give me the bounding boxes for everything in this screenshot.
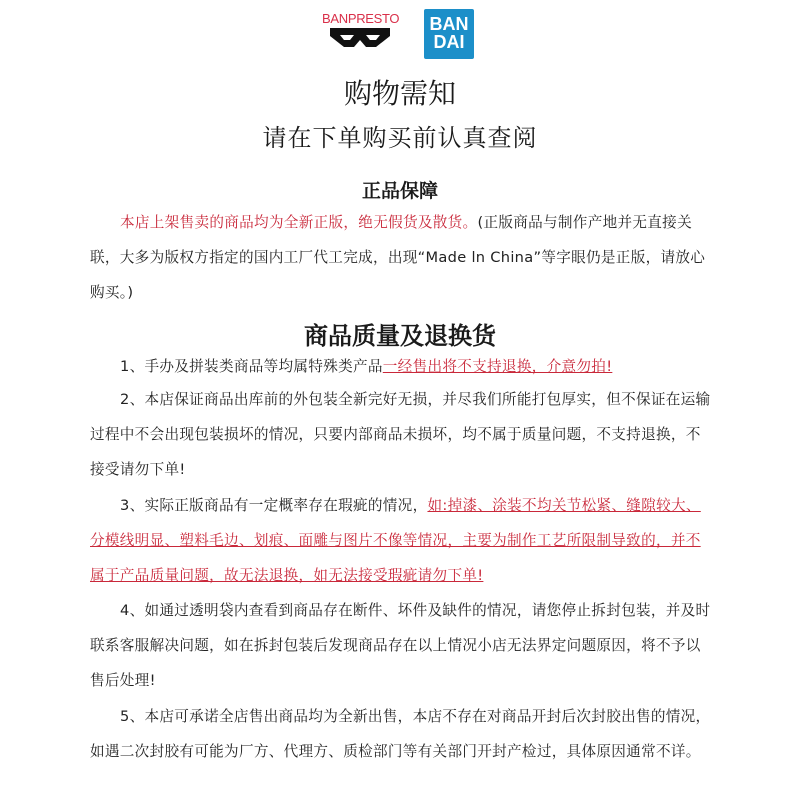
quality-item-1: 1、手办及拼装类商品等均属特殊类产品一经售出将不支持退换，介意勿拍!: [90, 349, 715, 384]
quality-item-3: 3、实际正版商品有一定概率存在瑕疵的情况，如:掉漆、涂装不均关节松紧、缝隙较大、…: [90, 488, 715, 593]
quality-heading: 商品质量及退换货: [0, 316, 800, 351]
bandai-logo-line1: BAN: [424, 15, 474, 33]
quality-item-2: 2、本店保证商品出库前的外包装全新完好无损，并尽我们所能打包厚实，但不保证在运输…: [90, 382, 715, 487]
page-subtitle: 请在下单购买前认真查阅: [0, 118, 800, 153]
bandai-logo-line2: DAI: [424, 33, 474, 51]
authentic-heading: 正品保障: [0, 176, 800, 203]
authentic-paragraph: 本店上架售卖的商品均为全新正版，绝无假货及散货。(正版商品与制作产地并无直接关联…: [90, 205, 715, 310]
quality-item-1-warning: 一经售出将不支持退换，介意勿拍!: [383, 358, 613, 375]
bandai-logo: BAN DAI: [424, 9, 474, 59]
authentic-guarantee-text: 本店上架售卖的商品均为全新正版，绝无假货及散货。: [120, 214, 477, 231]
banpresto-logo: BANPRESTO: [322, 12, 398, 52]
quality-item-1-text: 1、手办及拼装类商品等均属特殊类产品: [120, 358, 383, 375]
brand-logos: BANPRESTO BAN DAI: [0, 6, 800, 58]
quality-item-4: 4、如通过透明袋内查看到商品存在断件、坏件及缺件的情况，请您停止拆封包装，并及时…: [90, 593, 715, 698]
banpresto-logo-text: BANPRESTO: [322, 12, 398, 26]
mask-icon: [330, 28, 390, 48]
page-title: 购物需知: [0, 72, 800, 112]
quality-item-5: 5、本店可承诺全店售出商品均为全新出售，本店不存在对商品开封后次封胶出售的情况，…: [90, 699, 715, 769]
quality-item-3-text: 3、实际正版商品有一定概率存在瑕疵的情况，: [120, 497, 427, 514]
